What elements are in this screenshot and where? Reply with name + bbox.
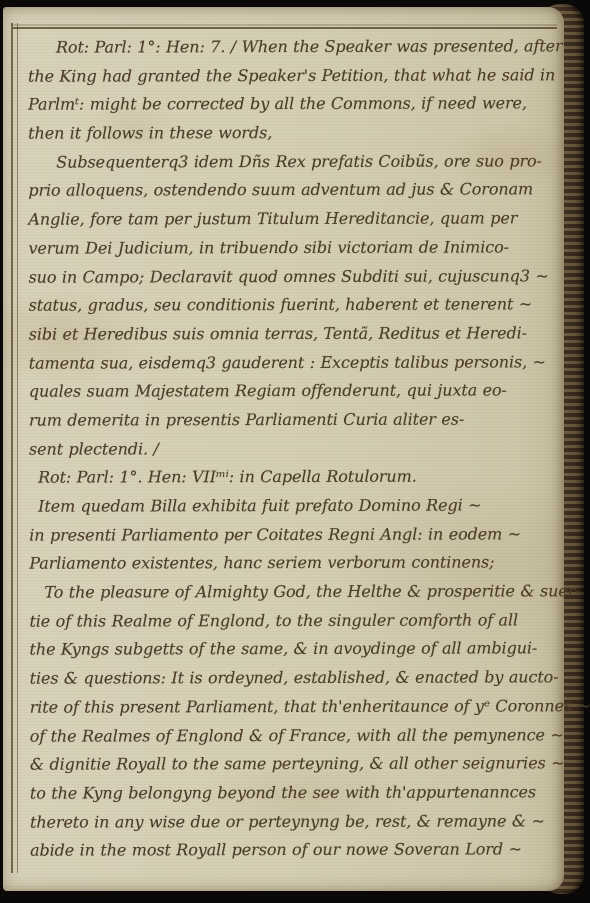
manuscript-line: verum Dei Judicium, in tribuendo sibi vi… [28,233,550,263]
manuscript-line: in presenti Parliamento per Coitates Reg… [29,520,551,550]
left-margin-rule [11,23,18,873]
manuscript-line: to the Kyng belongyng beyond the see wit… [30,778,552,808]
manuscript-line: rum demerita in presentis Parliamenti Cu… [29,405,551,435]
manuscript-line: quales suam Majestatem Regiam offenderun… [29,377,551,407]
handwritten-text: Rot: Parl: 1°: Hen: 7. / When the Speake… [28,32,552,865]
top-rule-line [13,27,557,29]
manuscript-line: Rot: Parl: 1°. Hen: VIIᵐⁱ: in Capella Ro… [29,463,551,493]
manuscript-line: status, gradus, seu conditionis fuerint,… [29,291,551,321]
manuscript-line: tie of this Realme of Englond, to the si… [29,606,551,636]
manuscript-line: sent plectendi. / [29,434,551,464]
manuscript-line: Rot: Parl: 1°: Hen: 7. / When the Speake… [28,32,550,62]
manuscript-line: & dignitie Royall to the same perteyning… [30,750,552,780]
manuscript-line: Parlmᵗ: might be corrected by all the Co… [28,90,550,120]
manuscript-line: tamenta sua, eisdemq3 gauderent : Except… [29,348,551,378]
manuscript-line: the King had granted the Speaker's Petit… [28,61,550,91]
manuscript-line: thereto in any wise due or perteynyng be… [30,807,552,837]
manuscript-line: prio alloquens, ostendendo suum adventum… [28,176,550,206]
manuscript-line: rite of this present Parliament, that th… [30,692,552,722]
manuscript-line: sibi et Heredibus suis omnia terras, Ten… [29,319,551,349]
manuscript-line: To the pleasure of Almighty God, the Hel… [29,577,551,607]
manuscript-line: ties & questions: It is ordeyned, establ… [30,663,552,693]
manuscript-page: Rot: Parl: 1°: Hen: 7. / When the Speake… [3,7,564,891]
manuscript-line: Item quedam Billa exhibita fuit prefato … [29,491,551,521]
manuscript-line: abide in the most Royall person of our n… [30,836,552,866]
manuscript-scan: Rot: Parl: 1°: Hen: 7. / When the Speake… [0,0,590,903]
manuscript-line: Parliamento existentes, hanc seriem verb… [29,549,551,579]
manuscript-line: suo in Campo; Declaravit quod omnes Subd… [29,262,551,292]
manuscript-line: then it follows in these words, [28,118,550,148]
manuscript-line: Anglie, fore tam per justum Titulum Here… [28,204,550,234]
manuscript-line: of the Realmes of Englond & of France, w… [30,721,552,751]
manuscript-line: Subsequenterq3 idem Dñs Rex prefatis Coi… [28,147,550,177]
manuscript-line: the Kyngs subgetts of the same, & in avo… [29,635,551,665]
